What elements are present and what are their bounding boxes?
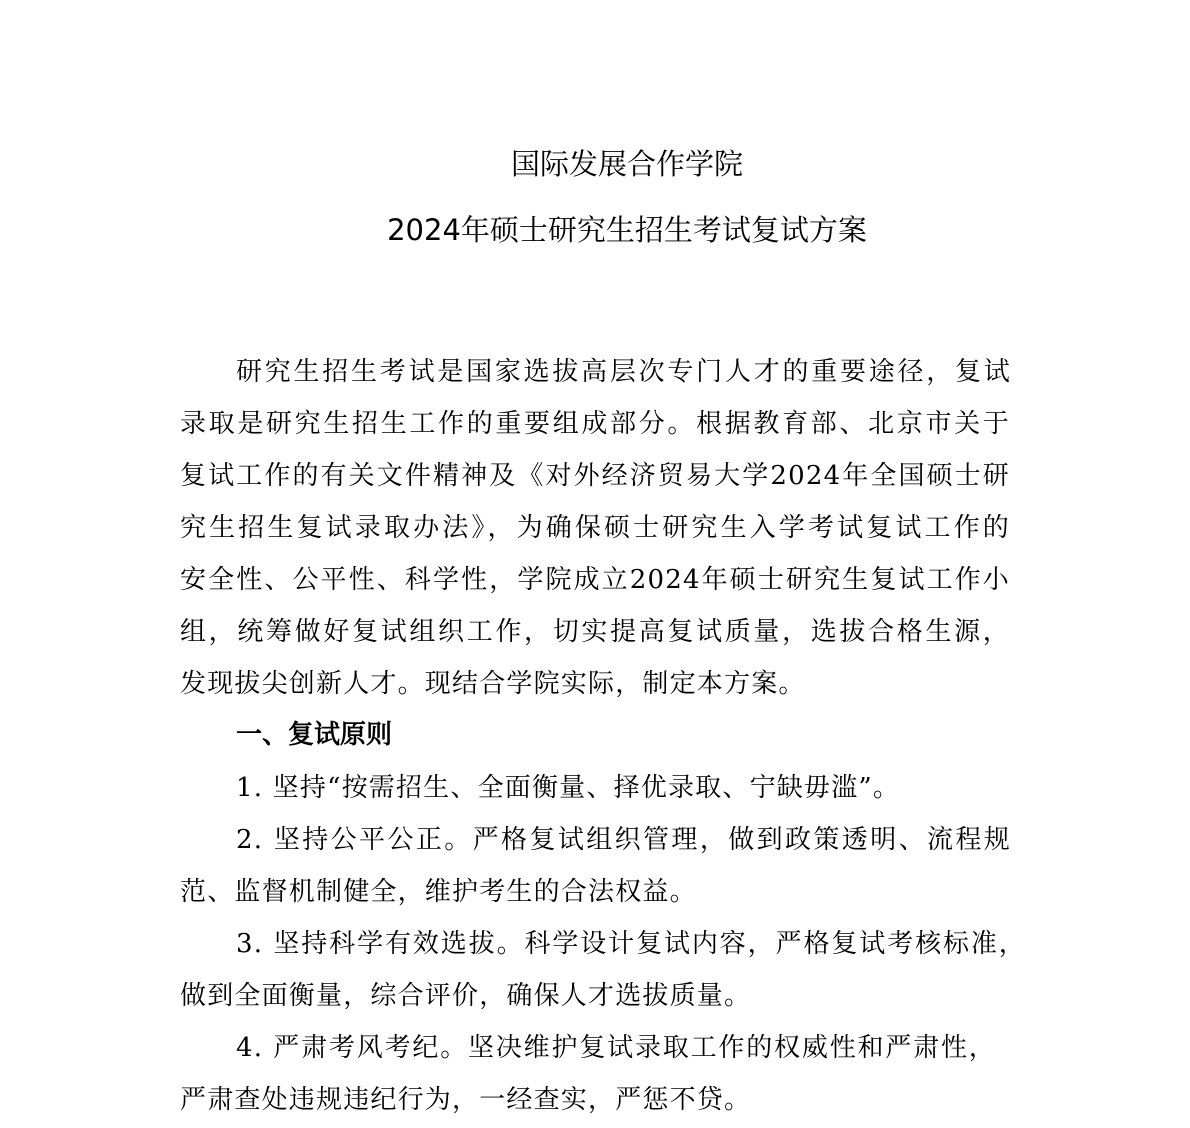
intro-line: 复试工作的有关文件精神及《对外经济贸易大学2024年全国硕士研 <box>180 460 1010 492</box>
principle-item-1: 1. 坚持“按需招生、全面衡量、择优录取、宁缺毋滥”。 <box>236 772 1011 804</box>
principle-item-2-continued: 范、监督机制健全，维护考生的合法权益。 <box>180 876 1010 908</box>
intro-line: 组，统筹做好复试组织工作，切实提高复试质量，选拔合格生源， <box>180 616 1010 648</box>
principle-item-3-continued: 做到全面衡量，综合评价，确保人才选拔质量。 <box>180 980 1010 1012</box>
section-heading: 一、复试原则 <box>236 719 392 751</box>
intro-line: 安全性、公平性、科学性，学院成立2024年硕士研究生复试工作小 <box>180 564 1010 596</box>
intro-line: 研究生招生考试是国家选拔高层次专门人才的重要途径，复试 <box>236 356 1011 388</box>
principle-item-4: 4. 严肃考风考纪。坚决维护复试录取工作的权威性和严肃性， <box>236 1032 996 1064</box>
intro-line: 究生招生复试录取办法》，为确保硕士研究生入学考试复试工作的 <box>180 512 1010 544</box>
intro-line: 录取是研究生招生工作的重要组成部分。根据教育部、北京市关于 <box>180 408 1010 440</box>
principle-item-4-continued: 严肃查处违规违纪行为，一经查实，严惩不贷。 <box>180 1084 1010 1116</box>
principle-item-3: 3. 坚持科学有效选拔。科学设计复试内容，严格复试考核标准， <box>236 928 1026 960</box>
document-page: 国际发展合作学院 2024年硕士研究生招生考试复试方案 研究生招生考试是国家选拔… <box>0 0 1190 1128</box>
document-title-institution: 国际发展合作学院 <box>0 146 1190 182</box>
principle-item-2: 2. 坚持公平公正。严格复试组织管理，做到政策透明、流程规 <box>236 824 1011 856</box>
intro-line: 发现拔尖创新人才。现结合学院实际，制定本方案。 <box>180 668 1010 700</box>
document-title-plan: 2024年硕士研究生招生考试复试方案 <box>0 212 1190 248</box>
